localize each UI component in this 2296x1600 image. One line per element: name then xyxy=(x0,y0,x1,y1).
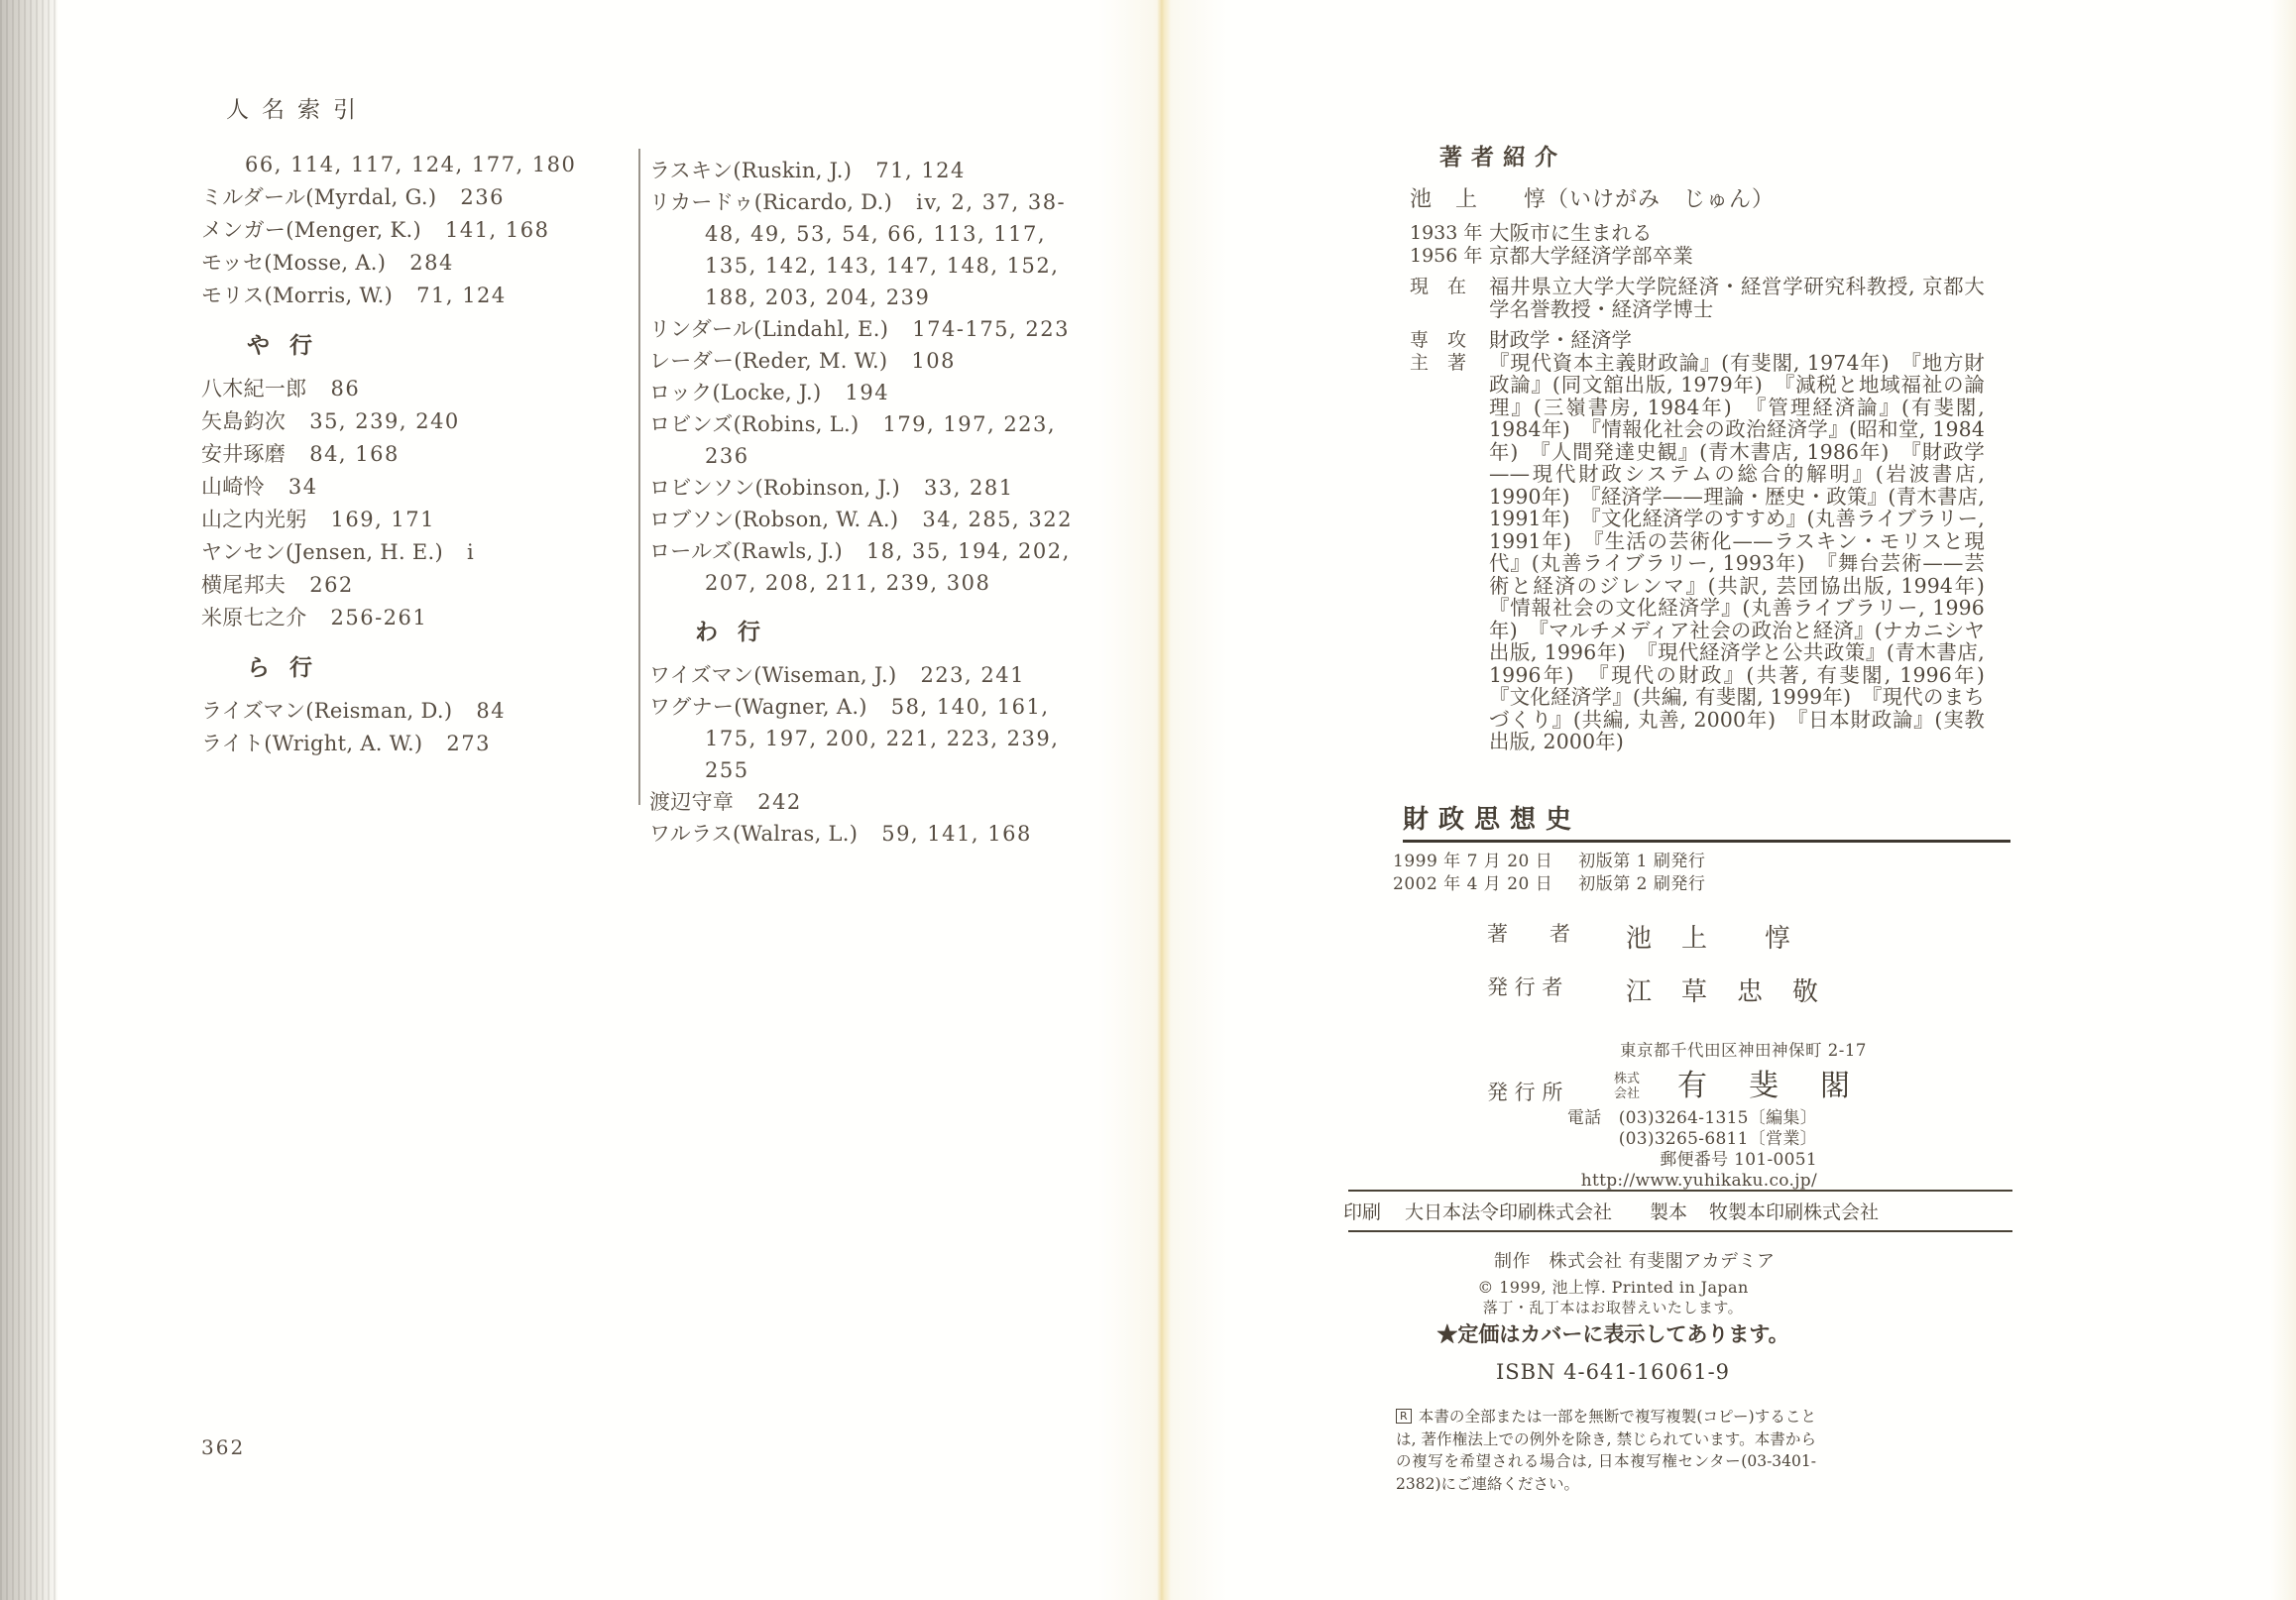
index-entry-pages: 194 xyxy=(845,381,889,404)
index-column-divider xyxy=(638,149,640,805)
contact-line: (03)3265-6811〔営業〕 xyxy=(1388,1129,1817,1150)
index-column-1: 66, 114, 117, 124, 177, 180ミルダール(Myrdal,… xyxy=(201,149,628,760)
copyright-clearance-mark: R xyxy=(1396,1409,1412,1424)
index-entry-name: 米原七之介 xyxy=(201,606,307,629)
company-type-stack: 株式 会社 xyxy=(1614,1073,1640,1101)
production-credit: 制作 株式会社 有斐閣アカデミア xyxy=(1494,1247,1776,1273)
index-entry-pages: 33, 281 xyxy=(924,476,1014,500)
contact-line: http://www.yuhikaku.co.jp/ xyxy=(1388,1171,1817,1192)
index-entry-pages: 174-175, 223 xyxy=(912,317,1070,341)
binding-company: 牧製本印刷株式会社 xyxy=(1709,1201,1879,1223)
author-row-label: 著 者 xyxy=(1487,918,1570,948)
index-entry-name: ロビンソン(Robinson, J.) xyxy=(649,476,900,500)
index-entry-pages: 35, 239, 240 xyxy=(309,409,460,433)
index-entry-pages: 256-261 xyxy=(331,606,428,629)
index-entry: 渡辺守章242 xyxy=(649,786,1097,818)
reproduction-permission-note: R本書の全部または一部を無断で複写複製(コピー)することは, 著作権法上での例外… xyxy=(1396,1406,1816,1495)
index-entry-name: リンダール(Lindahl, E.) xyxy=(649,317,888,341)
index-entry-name: 渡辺守章 xyxy=(649,790,734,814)
index-entry-pages: 236 xyxy=(460,185,505,209)
index-entry: 八木紀一郎86 xyxy=(201,373,628,405)
index-entry-name: ラスキン(Ruskin, J.) xyxy=(649,159,852,182)
bio-row-text: 財政学・経済学 xyxy=(1489,329,1985,352)
index-entry-pages: 34 xyxy=(288,475,318,499)
bio-row-label: 1933 年 xyxy=(1410,222,1489,245)
company-type-top: 株式 xyxy=(1614,1073,1640,1087)
copyright-line: © 1999, 池上惇. Printed in Japan xyxy=(1386,1275,1840,1298)
index-entry-pages: 84, 168 xyxy=(309,442,400,466)
index-entry: 山之内光躬169, 171 xyxy=(201,504,628,536)
index-entry: ライト(Wright, A. W.)273 xyxy=(201,728,628,760)
index-entry-pages: 86 xyxy=(331,377,361,400)
index-entry-pages: 273 xyxy=(446,732,491,755)
print-dates: 1999 年 7 月 20 日初版第 1 刷発行2002 年 4 月 20 日初… xyxy=(1393,851,1705,895)
page-right-edge xyxy=(2270,0,2296,1600)
index-entry: ヤンセン(Jensen, H. E.)i xyxy=(201,536,628,569)
index-entry: モリス(Morris, W.)71, 124 xyxy=(201,280,628,312)
index-entry-pages: 71, 124 xyxy=(875,159,966,182)
index-entry: ロールズ(Rawls, J.)18, 35, 194, 202, 207, 20… xyxy=(649,535,1097,599)
bio-row-label: 現 在 xyxy=(1410,276,1489,298)
index-title: 人名索引 xyxy=(226,91,369,124)
book-page-edge xyxy=(0,0,57,1600)
index-entry-pages: 84 xyxy=(476,699,506,723)
index-entry-name: ミルダール(Myrdal, G.) xyxy=(201,185,436,209)
index-entry-name: レーダー(Reder, M. W.) xyxy=(649,349,887,373)
permission-text: 本書の全部または一部を無断で複写複製(コピー)することは, 著作権法上での例外を… xyxy=(1396,1408,1816,1493)
printer-line: 印刷大日本法令印刷株式会社製本牧製本印刷株式会社 xyxy=(1343,1198,2012,1224)
open-book-spread: 人名索引 66, 114, 117, 124, 177, 180ミルダール(My… xyxy=(0,0,2296,1600)
index-entry-name: ワイズマン(Wiseman, J.) xyxy=(649,663,896,687)
index-entry: ワルラス(Walras, L.)59, 141, 168 xyxy=(649,818,1097,850)
index-continuation-pages: 66, 114, 117, 124, 177, 180 xyxy=(201,149,628,181)
index-entry: 矢島鈞次35, 239, 240 xyxy=(201,405,628,438)
bio-row-text: 京都大学経済学部卒業 xyxy=(1489,245,1985,268)
bio-row-text: 大阪市に生まれる xyxy=(1489,222,1985,245)
index-entry: ロブソン(Robson, W. A.)34, 285, 322 xyxy=(649,504,1097,535)
index-entry-name: リカードゥ(Ricardo, D.) xyxy=(649,190,892,214)
index-entry: 米原七之介256-261 xyxy=(201,602,628,634)
index-section-header: や 行 xyxy=(201,312,628,373)
printing-label: 印刷 xyxy=(1343,1201,1381,1223)
bio-row: 1956 年京都大学経済学部卒業 xyxy=(1410,245,1991,268)
index-entry-pages: 71, 124 xyxy=(416,284,507,307)
index-entry-name: ライト(Wright, A. W.) xyxy=(201,732,422,755)
bio-row-label: 主 著 xyxy=(1410,352,1489,375)
index-entry-pages: 66, 114, 117, 124, 177, 180 xyxy=(245,153,576,176)
index-entry-pages: i xyxy=(467,540,475,564)
index-column-2: ラスキン(Ruskin, J.)71, 124リカードゥ(Ricardo, D.… xyxy=(649,155,1097,850)
publishing-house-label: 発 行 所 xyxy=(1487,1077,1562,1106)
index-entry: 横尾邦夫262 xyxy=(201,569,628,602)
index-entry-name: ヤンセン(Jensen, H. E.) xyxy=(201,540,443,564)
index-entry-pages: 169, 171 xyxy=(331,508,436,531)
author-name: 池 上 惇（いけがみ じゅん） xyxy=(1410,182,1775,213)
bio-row: 専 攻財政学・経済学 xyxy=(1410,329,1991,352)
index-entry-name: 横尾邦夫 xyxy=(201,573,286,597)
index-entry-name: ワルラス(Walras, L.) xyxy=(649,822,858,846)
print-date-line: 1999 年 7 月 20 日初版第 1 刷発行 xyxy=(1393,851,1705,873)
index-entry: ライズマン(Reisman, D.)84 xyxy=(201,695,628,728)
index-entry-pages: 223, 241 xyxy=(920,663,1025,687)
index-entry: ワグナー(Wagner, A.)58, 140, 161, 175, 197, … xyxy=(649,691,1097,786)
publishing-house-name: 有 斐 閣 xyxy=(1677,1061,1856,1104)
index-entry-name: 矢島鈞次 xyxy=(201,409,286,433)
index-entry-pages: 59, 141, 168 xyxy=(881,822,1032,846)
print-date: 1999 年 7 月 20 日 xyxy=(1393,852,1552,871)
book-gutter xyxy=(1157,0,1171,1600)
index-entry-pages: 242 xyxy=(757,790,802,814)
index-entry-name: モッセ(Mosse, A.) xyxy=(201,251,386,275)
edition-label: 初版第 1 刷発行 xyxy=(1578,852,1705,871)
index-entry: リカードゥ(Ricardo, D.)iv, 2, 37, 38-48, 49, … xyxy=(649,186,1097,313)
index-entry: リンダール(Lindahl, E.)174-175, 223 xyxy=(649,313,1097,345)
bio-row-text: 福井県立大学大学院経済・経営学研究科教授, 京都大学名誉教授・経済学博士 xyxy=(1489,276,1985,320)
printing-company: 大日本法令印刷株式会社 xyxy=(1405,1201,1612,1223)
index-entry: ロビンソン(Robinson, J.)33, 281 xyxy=(649,472,1097,504)
index-entry-name: 山崎怜 xyxy=(201,475,265,499)
index-section-header: ら 行 xyxy=(201,634,628,695)
index-entry: ロック(Locke, J.)194 xyxy=(649,377,1097,408)
colophon-title-rule xyxy=(1403,840,2010,843)
bio-row: 1933 年大阪市に生まれる xyxy=(1410,222,1991,245)
colophon-rule-top xyxy=(1348,1190,2012,1192)
colophon-book-title: 財政思想史 xyxy=(1403,799,1581,836)
index-entry-pages: 284 xyxy=(409,251,454,275)
bio-row-label: 専 攻 xyxy=(1410,329,1489,352)
index-entry: モッセ(Mosse, A.)284 xyxy=(201,247,628,280)
index-entry: メンガー(Menger, K.)141, 168 xyxy=(201,214,628,247)
print-date: 2002 年 4 月 20 日 xyxy=(1393,874,1552,894)
binding-label: 製本 xyxy=(1650,1201,1687,1223)
bio-row: 現 在福井県立大学大学院経済・経営学研究科教授, 京都大学名誉教授・経済学博士 xyxy=(1410,276,1991,320)
bio-row-text: 『現代資本主義財政論』(有斐閣, 1974年) 『地方財政論』(同文舘出版, 1… xyxy=(1489,352,1985,753)
replacement-note: 落丁・乱丁本はお取替えいたします。 xyxy=(1386,1297,1840,1317)
print-date-line: 2002 年 4 月 20 日初版第 2 刷発行 xyxy=(1393,873,1705,896)
index-section-header: わ 行 xyxy=(649,599,1097,659)
publisher-address: 東京都千代田区神田神保町 2-17 xyxy=(1620,1037,1867,1061)
index-entry-name: モリス(Morris, W.) xyxy=(201,284,393,307)
index-entry-pages: 34, 285, 322 xyxy=(922,508,1073,531)
index-entry-name: ワグナー(Wagner, A.) xyxy=(649,695,867,719)
index-entry: 安井琢磨84, 168 xyxy=(201,438,628,471)
index-entry-name: ロック(Locke, J.) xyxy=(649,381,821,404)
bio-row-label: 1956 年 xyxy=(1410,245,1489,268)
author-row-value: 池 上 惇 xyxy=(1626,918,1792,955)
publisher-row-value: 江 草 忠 敬 xyxy=(1626,971,1820,1008)
index-entry-name: ロブソン(Robson, W. A.) xyxy=(649,508,898,531)
index-entry-pages: 108 xyxy=(911,349,956,373)
publisher-row-label: 発 行 者 xyxy=(1487,971,1562,1001)
index-entry-name: 安井琢磨 xyxy=(201,442,286,466)
isbn: ISBN 4-641-16061-9 xyxy=(1386,1360,1840,1384)
index-entry-name: ライズマン(Reisman, D.) xyxy=(201,699,452,723)
index-entry: ロビンズ(Robins, L.)179, 197, 223, 236 xyxy=(649,408,1097,472)
page-number: 362 xyxy=(201,1435,245,1459)
contact-line: 郵便番号 101-0051 xyxy=(1388,1150,1817,1171)
index-entry-name: 八木紀一郎 xyxy=(201,377,307,400)
index-entry: ワイズマン(Wiseman, J.)223, 241 xyxy=(649,659,1097,691)
colophon-rule-bottom xyxy=(1348,1230,2012,1232)
index-entry: レーダー(Reder, M. W.)108 xyxy=(649,345,1097,377)
bio-row: 主 著『現代資本主義財政論』(有斐閣, 1974年) 『地方財政論』(同文舘出版… xyxy=(1410,352,1991,753)
author-intro-title: 著者紹介 xyxy=(1439,139,1566,171)
author-bio: 1933 年大阪市に生まれる1956 年京都大学経済学部卒業現 在福井県立大学大… xyxy=(1410,222,1991,753)
contact-line: 電話 (03)3264-1315〔編集〕 xyxy=(1388,1108,1817,1129)
index-entry: ラスキン(Ruskin, J.)71, 124 xyxy=(649,155,1097,186)
index-entry-name: ロールズ(Rawls, J.) xyxy=(649,539,843,563)
index-entry-pages: 141, 168 xyxy=(445,218,550,242)
price-note: ★定価はカバーに表示してあります。 xyxy=(1386,1318,1840,1348)
company-type-bottom: 会社 xyxy=(1614,1087,1640,1102)
index-entry-name: 山之内光躬 xyxy=(201,508,307,531)
index-entry: 山崎怜34 xyxy=(201,471,628,504)
index-entry-name: ロビンズ(Robins, L.) xyxy=(649,412,859,436)
index-entry: ミルダール(Myrdal, G.)236 xyxy=(201,181,628,214)
index-entry-name: メンガー(Menger, K.) xyxy=(201,218,421,242)
index-entry-pages: 262 xyxy=(309,573,354,597)
edition-label: 初版第 2 刷発行 xyxy=(1578,874,1705,894)
publisher-contact: 電話 (03)3264-1315〔編集〕(03)3265-6811〔営業〕郵便番… xyxy=(1388,1108,1817,1192)
